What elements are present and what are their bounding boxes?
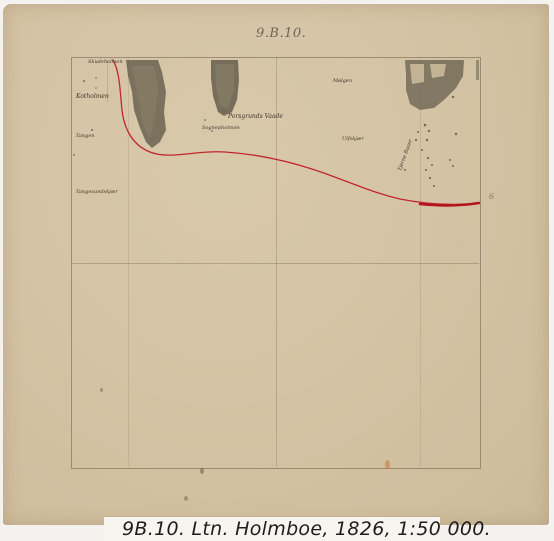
place-label-tangesundskjaer: Tangesundskjær bbox=[76, 190, 118, 195]
place-label-ulfskjaer: Ulfskjær bbox=[342, 137, 364, 142]
place-label-skudeholmen: Skudeholmen bbox=[88, 60, 123, 65]
place-label-sognepholmen: Sognepholmen bbox=[202, 126, 240, 131]
map-drawing bbox=[0, 0, 554, 541]
caption-text: 9B.10. Ltn. Holmboe, 1826, 1:50 000. bbox=[122, 518, 491, 540]
place-label-porsgrunds-vaade: Porsgrunds Vaade bbox=[228, 114, 283, 120]
island-east-edge bbox=[476, 60, 479, 80]
caption-strip: 9B.10. Ltn. Holmboe, 1826, 1:50 000. bbox=[104, 517, 440, 541]
margin-mark: 6 bbox=[489, 193, 494, 201]
place-label-molgen: Mølgen bbox=[333, 79, 352, 84]
place-label-tangen: Tangen bbox=[76, 134, 95, 139]
place-label-kotholmen: Kotholmen bbox=[76, 94, 109, 100]
